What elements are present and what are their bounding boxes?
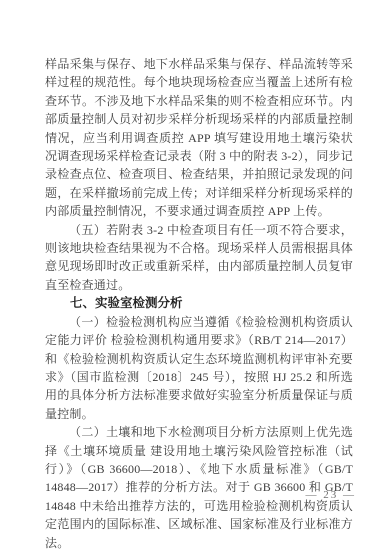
page-number: — 23 — [306, 489, 357, 501]
paragraph-item-one: （一）检验检测机构应当遵循《检验检测机构资质认定能力评价 检验检测机构通用要求》… [45, 313, 353, 423]
body-text: 样品采集与保存、地下水样品采集与保存、样品流转等采样过程的规范性。每个地块现场检… [45, 55, 353, 551]
paragraph-item-five: （五）若附表 3-2 中检查项目有任一项不符合要求，则该地块检查结果视为不合格。… [45, 221, 353, 295]
page-footer: — 23 — [306, 485, 357, 504]
section-heading: 七、实验室检测分析 [45, 294, 353, 312]
document-page: 样品采集与保存、地下水样品采集与保存、样品流转等采样过程的规范性。每个地块现场检… [0, 0, 390, 551]
paragraph-sampling-process: 样品采集与保存、地下水样品采集与保存、样品流转等采样过程的规范性。每个地块现场检… [45, 55, 353, 221]
